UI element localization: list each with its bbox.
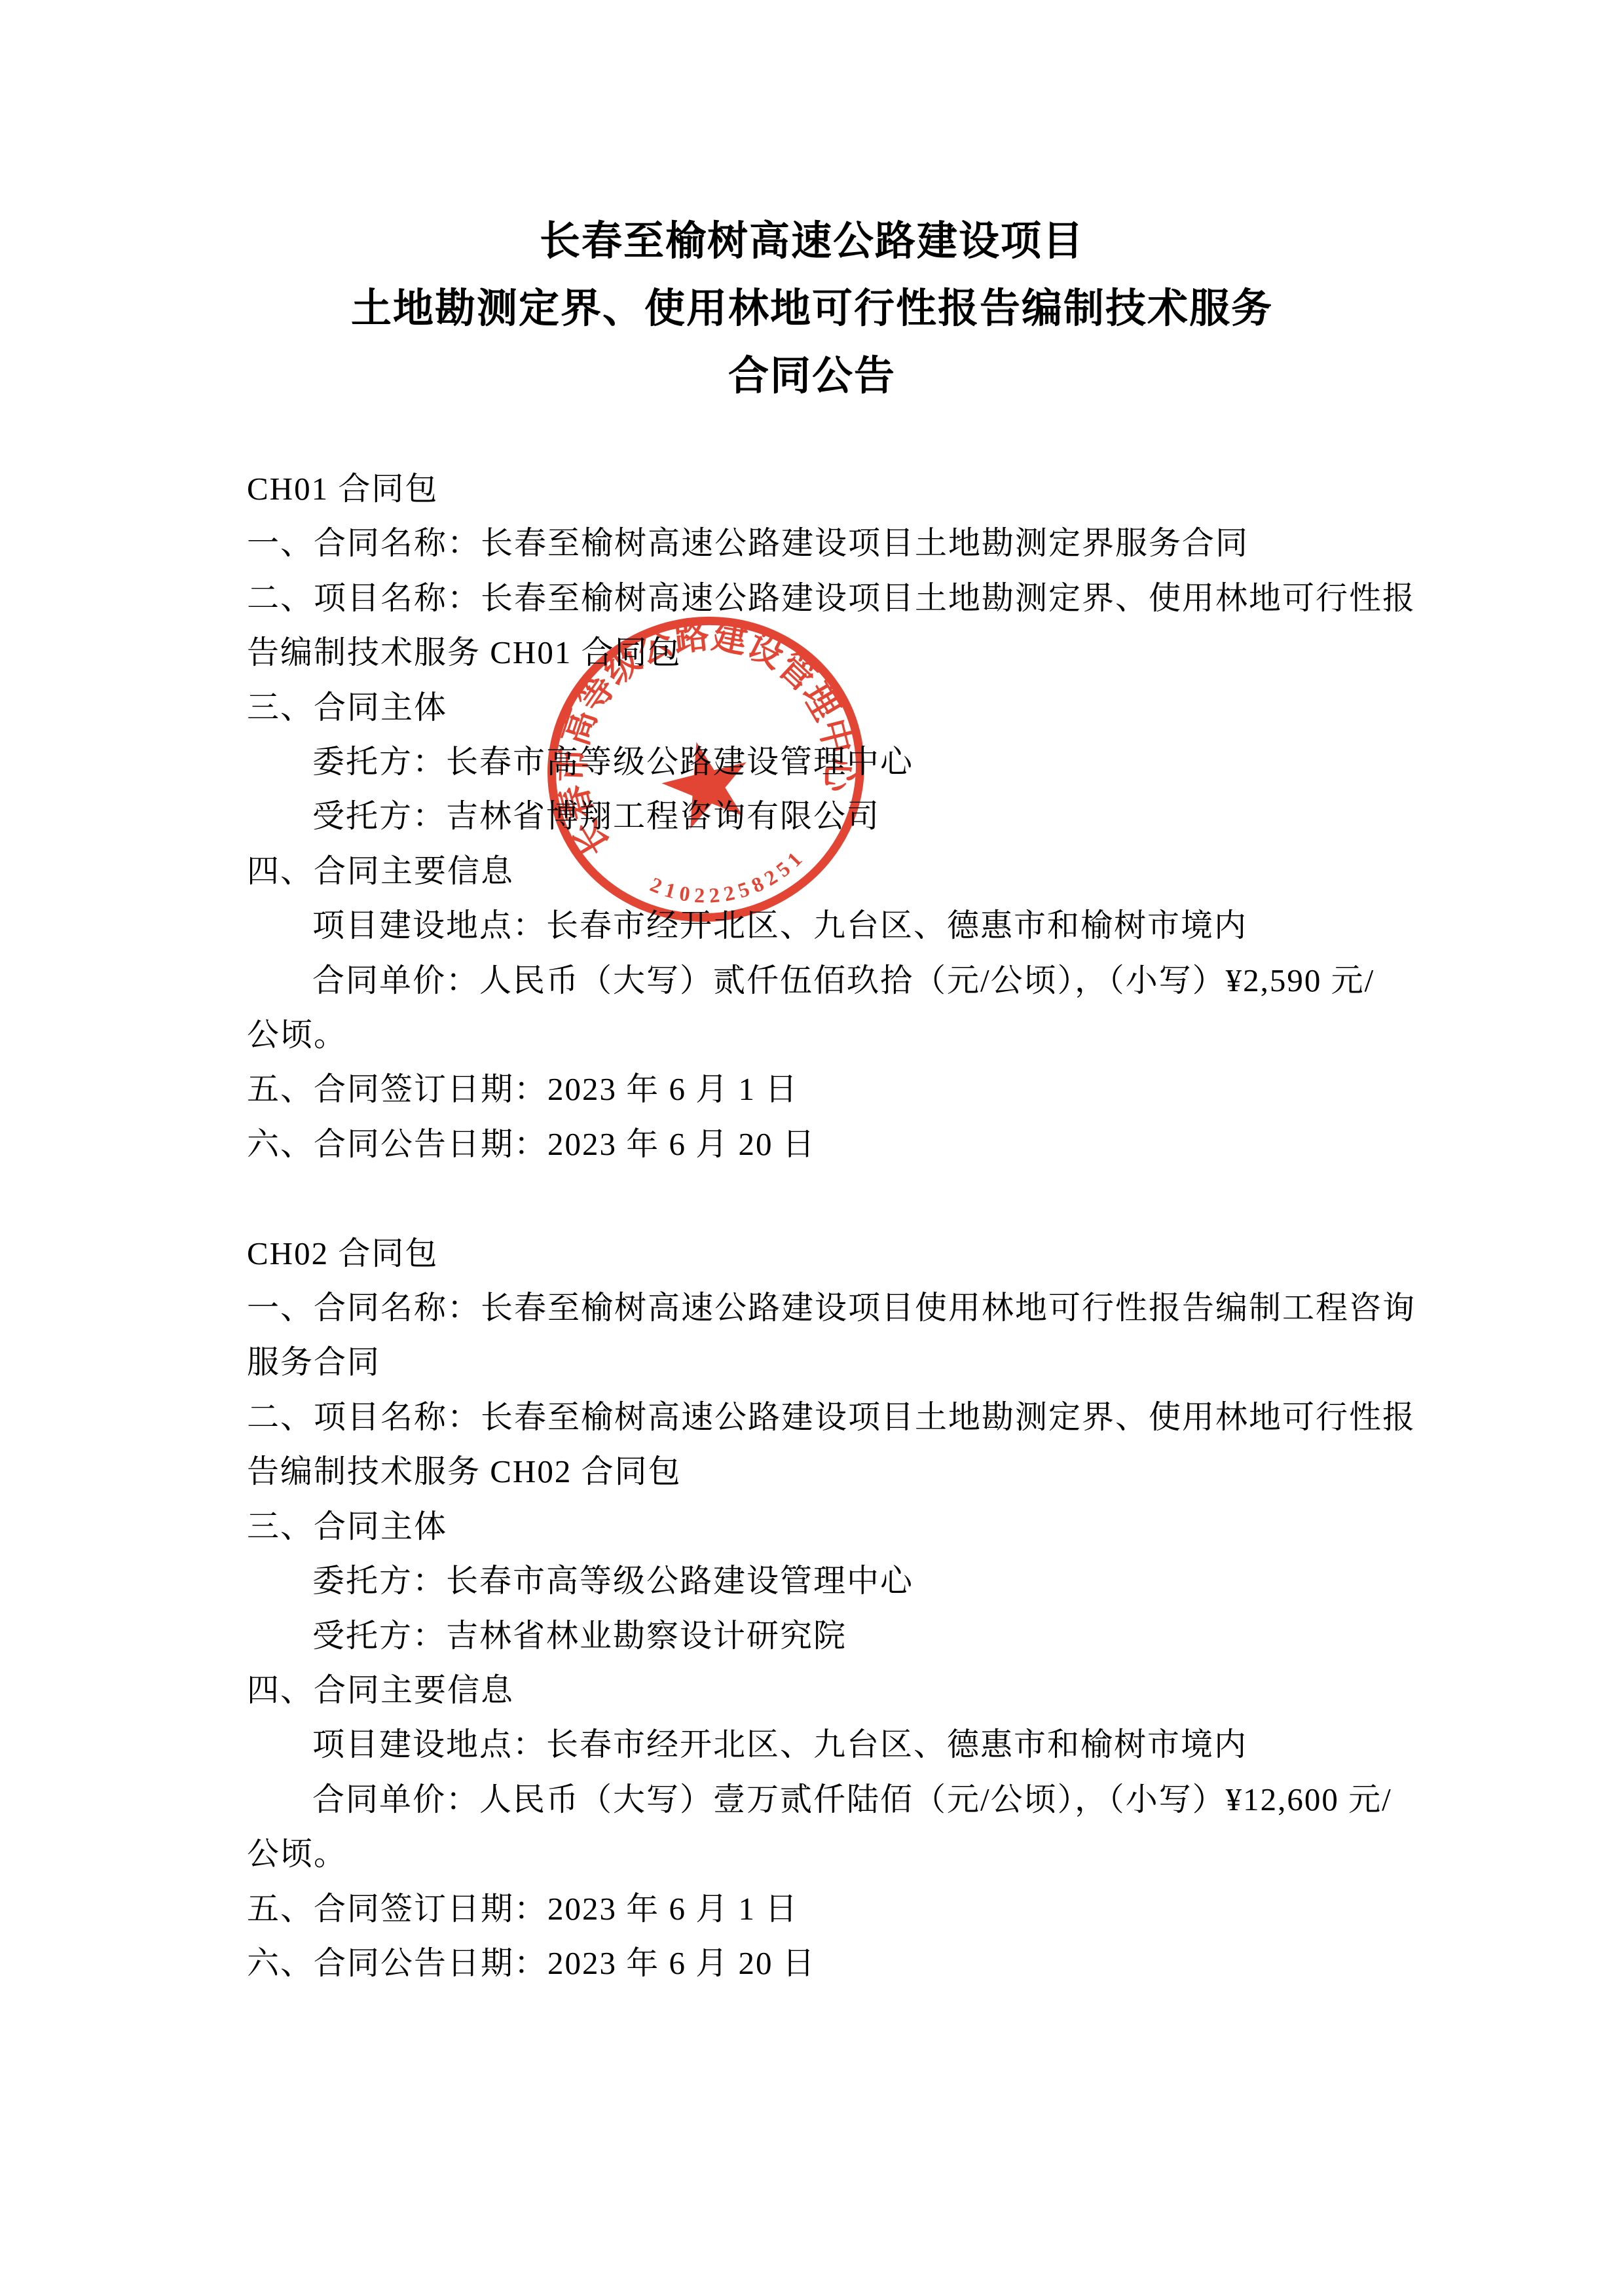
text-line: 委托方：长春市高等级公路建设管理中心 — [247, 735, 1428, 789]
text-line: 公顷。 — [247, 1008, 1428, 1062]
document-title: 长春至榆树高速公路建设项目土地勘测定界、使用林地可行性报告编制技术服务合同公告 — [0, 208, 1624, 410]
contract-announcement-page: 长春至榆树高速公路建设项目土地勘测定界、使用林地可行性报告编制技术服务合同公告 … — [0, 0, 1624, 2296]
text-line: 委托方：长春市高等级公路建设管理中心 — [247, 1554, 1428, 1608]
text-line: 五、合同签订日期：2023 年 6 月 1 日 — [247, 1062, 1428, 1116]
text-line: 受托方：吉林省博翔工程咨询有限公司 — [247, 789, 1428, 843]
text-line: 项目建设地点：长春市经开北区、九台区、德惠市和榆树市境内 — [247, 1717, 1428, 1772]
text-line: 合同单价：人民币（大写）贰仟伍佰玖拾（元/公顷），（小写）¥2,590 元/ — [247, 953, 1428, 1008]
text-line: 一、合同名称：长春至榆树高速公路建设项目使用林地可行性报告编制工程咨询 — [247, 1281, 1428, 1335]
text-line: 公顷。 — [247, 1827, 1428, 1881]
title-line: 土地勘测定界、使用林地可行性报告编制技术服务 — [0, 275, 1624, 342]
title-line: 长春至榆树高速公路建设项目 — [0, 208, 1624, 275]
text-line: 四、合同主要信息 — [247, 844, 1428, 898]
text-line: 服务合同 — [247, 1335, 1428, 1389]
text-line: 四、合同主要信息 — [247, 1663, 1428, 1717]
contract-section-CH01: CH01 合同包一、合同名称：长春至榆树高速公路建设项目土地勘测定界服务合同二、… — [247, 462, 1428, 1171]
text-line: CH02 合同包 — [247, 1226, 1428, 1281]
text-line: 二、项目名称：长春至榆树高速公路建设项目土地勘测定界、使用林地可行性报 — [247, 1390, 1428, 1444]
document-body: CH01 合同包一、合同名称：长春至榆树高速公路建设项目土地勘测定界服务合同二、… — [247, 462, 1428, 1990]
text-line: 告编制技术服务 CH01 合同包 — [247, 625, 1428, 680]
title-line: 合同公告 — [0, 342, 1624, 410]
text-line: 五、合同签订日期：2023 年 6 月 1 日 — [247, 1882, 1428, 1936]
text-line: 告编制技术服务 CH02 合同包 — [247, 1444, 1428, 1499]
text-line: 合同单价：人民币（大写）壹万贰仟陆佰（元/公顷），（小写）¥12,600 元/ — [247, 1772, 1428, 1827]
text-line: 受托方：吉林省林业勘察设计研究院 — [247, 1609, 1428, 1663]
text-line: 二、项目名称：长春至榆树高速公路建设项目土地勘测定界、使用林地可行性报 — [247, 571, 1428, 625]
contract-section-CH02: CH02 合同包一、合同名称：长春至榆树高速公路建设项目使用林地可行性报告编制工… — [247, 1226, 1428, 1991]
text-line: 项目建设地点：长春市经开北区、九台区、德惠市和榆树市境内 — [247, 898, 1428, 953]
text-line: 三、合同主体 — [247, 680, 1428, 735]
text-line: 一、合同名称：长春至榆树高速公路建设项目土地勘测定界服务合同 — [247, 516, 1428, 570]
text-line: CH01 合同包 — [247, 462, 1428, 516]
text-line: 六、合同公告日期：2023 年 6 月 20 日 — [247, 1117, 1428, 1171]
text-line: 三、合同主体 — [247, 1499, 1428, 1554]
text-line: 六、合同公告日期：2023 年 6 月 20 日 — [247, 1936, 1428, 1990]
